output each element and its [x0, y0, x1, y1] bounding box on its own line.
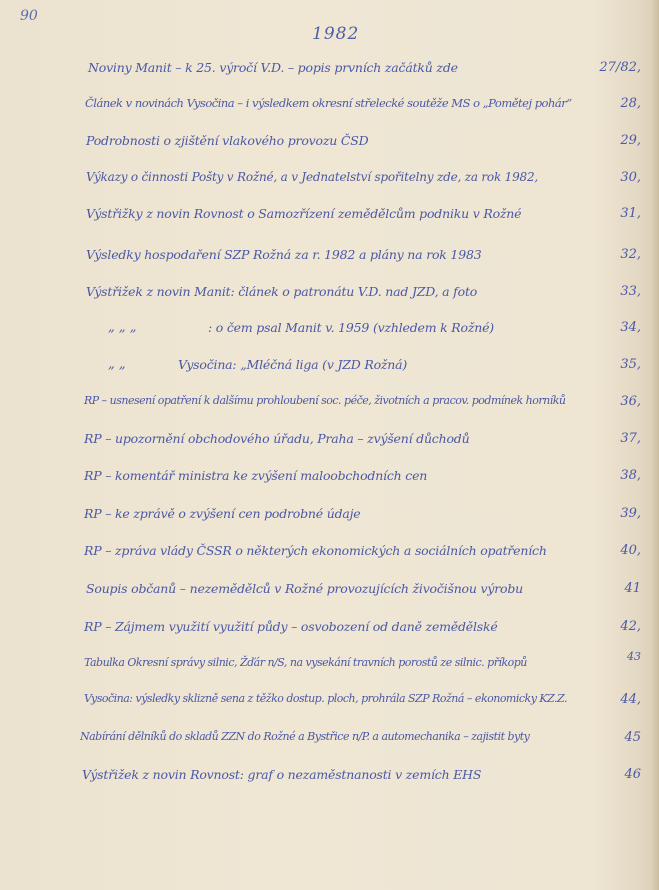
entry-text: Vysočina: „Mléčná liga (v JZD Rožná): [178, 357, 407, 372]
entry-page-ref: 33,: [620, 284, 641, 299]
index-entry: Článek v novinách Vysočina – i výsledkem…: [0, 96, 659, 120]
entry-page-ref: 27/82,: [599, 60, 641, 75]
entry-text: Nabírání dělníků do skladů ZZN do Rožné …: [80, 730, 529, 743]
entry-text: RP – komentář ministra ke zvýšení maloob…: [84, 468, 427, 483]
entry-page-ref: 42,: [620, 619, 641, 634]
index-entry: RP – ke zprávě o zvýšení cen podrobné úd…: [0, 506, 659, 530]
entry-text: Tabulka Okresní správy silnic, Žďár n/S,…: [84, 656, 527, 669]
ditto-marks: „ „ „: [108, 320, 136, 335]
entry-text: RP – Zájmem využití využití půdy – osvob…: [84, 619, 498, 634]
entry-text: Podrobnosti o zjištění vlakového provozu…: [86, 133, 368, 148]
index-entry: „ „ Vysočina: „Mléčná liga (v JZD Rožná)…: [0, 357, 659, 381]
index-entry: RP – komentář ministra ke zvýšení maloob…: [0, 468, 659, 492]
entry-page-ref: 34,: [620, 320, 641, 335]
entry-page-ref: 36,: [620, 394, 641, 409]
index-entry: Výstřižek z novin Manit: článek o patron…: [0, 284, 659, 308]
entry-page-ref: 28,: [620, 96, 641, 111]
ditto-marks: „ „: [108, 357, 126, 372]
entry-page-ref: 44,: [620, 692, 641, 707]
entry-page-ref: 38,: [620, 468, 641, 483]
entry-page-ref: 43: [627, 650, 641, 663]
entry-page-ref: 31,: [620, 206, 641, 221]
entry-page-ref: 39,: [620, 506, 641, 521]
index-entry: Výstřižky z novin Rovnost o Samozřízení …: [0, 206, 659, 230]
entry-text: RP – zpráva vlády ČSSR o některých ekono…: [84, 543, 547, 558]
page-number: 90: [20, 8, 38, 24]
entry-text: Výstřižek z novin Rovnost: graf o nezamě…: [82, 767, 481, 782]
entry-page-ref: 45: [624, 730, 641, 745]
entry-page-ref: 29,: [620, 133, 641, 148]
entry-text: Vysočina: výsledky sklizně sena z těžko …: [84, 692, 567, 705]
entry-text: Soupis občanů – nezemědělců v Rožné prov…: [86, 581, 523, 596]
entry-text: RP – usnesení opatření k dalšímu prohlou…: [84, 394, 565, 407]
index-entry: Výstřižek z novin Rovnost: graf o nezamě…: [0, 767, 659, 791]
index-entry: „ „ „ : o čem psal Manit v. 1959 (vzhled…: [0, 320, 659, 344]
entry-page-ref: 37,: [620, 431, 641, 446]
entry-text: Výstřižek z novin Manit: článek o patron…: [86, 284, 477, 299]
index-entry: Soupis občanů – nezemědělců v Rožné prov…: [0, 581, 659, 605]
entry-text: Výstřižky z novin Rovnost o Samozřízení …: [86, 206, 521, 221]
entry-text: Výsledky hospodaření SZP Rožná za r. 198…: [86, 247, 481, 262]
index-entry: RP – Zájmem využití využití půdy – osvob…: [0, 619, 659, 643]
entry-page-ref: 32,: [620, 247, 641, 262]
entry-page-ref: 40,: [620, 543, 641, 558]
entry-text: Noviny Manit – k 25. výročí V.D. – popis…: [88, 60, 458, 75]
index-entry: RP – usnesení opatření k dalšímu prohlou…: [0, 394, 659, 418]
entry-page-ref: 30,: [620, 170, 641, 185]
entry-page-ref: 35,: [620, 357, 641, 372]
entry-page-ref: 41: [624, 581, 641, 596]
index-entry: Vysočina: výsledky sklizně sena z těžko …: [0, 692, 659, 716]
entry-text: Výkazy o činnosti Pošty v Rožné, a v Jed…: [86, 170, 538, 184]
index-entry: RP – zpráva vlády ČSSR o některých ekono…: [0, 543, 659, 567]
index-entry: Podrobnosti o zjištění vlakového provozu…: [0, 133, 659, 157]
year-heading: 1982: [312, 24, 359, 44]
index-entry: Výsledky hospodaření SZP Rožná za r. 198…: [0, 247, 659, 271]
index-entry: Nabírání dělníků do skladů ZZN do Rožné …: [0, 730, 659, 754]
entry-page-ref: 46: [624, 767, 641, 782]
entry-text: RP – upozornění obchodového úřadu, Praha…: [84, 431, 469, 446]
entry-text: RP – ke zprávě o zvýšení cen podrobné úd…: [84, 506, 361, 521]
entry-text: Článek v novinách Vysočina – i výsledkem…: [85, 96, 572, 110]
index-entry: Tabulka Okresní správy silnic, Žďár n/S,…: [0, 656, 659, 680]
index-entry: Výkazy o činnosti Pošty v Rožné, a v Jed…: [0, 170, 659, 194]
handwritten-index-page: 90 1982 Noviny Manit – k 25. výročí V.D.…: [0, 0, 659, 890]
index-entry: Noviny Manit – k 25. výročí V.D. – popis…: [0, 60, 659, 84]
entry-text: : o čem psal Manit v. 1959 (vzhledem k R…: [208, 320, 494, 335]
index-entry: RP – upozornění obchodového úřadu, Praha…: [0, 431, 659, 455]
